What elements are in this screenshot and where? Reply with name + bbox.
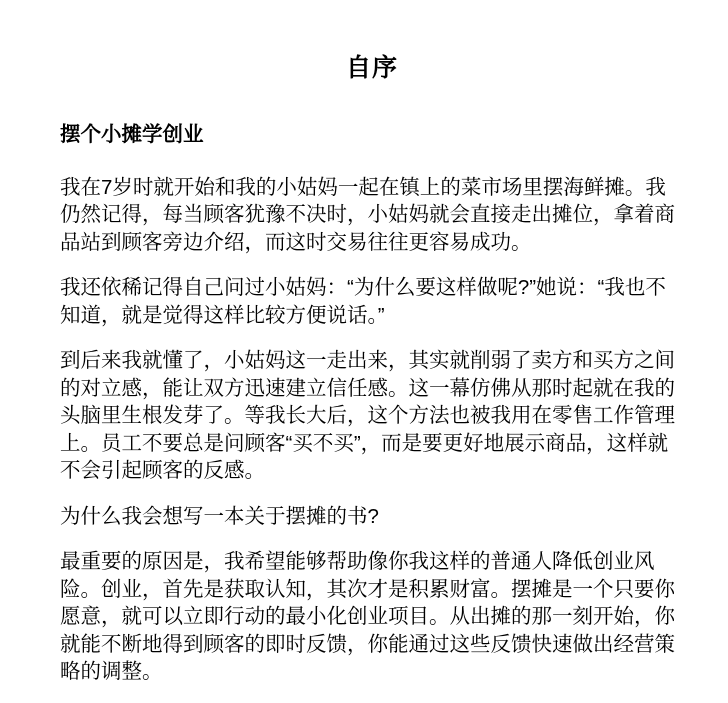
paragraph-1: 我在7岁时就开始和我的小姑妈一起在镇上的菜市场里摆海鲜摊。我仍然记得，每当顾客犹… bbox=[60, 174, 684, 257]
paragraph-3: 到后来我就懂了，小姑妈这一走出来，其实就削弱了卖方和买方之间的对立感，能让双方迅… bbox=[60, 347, 684, 485]
paragraph-4: 为什么我会想写一本关于摆摊的书? bbox=[60, 503, 684, 531]
paragraph-2: 我还依稀记得自己问过小姑妈：“为什么要这样做呢?”她说：“我也不知道，就是觉得这… bbox=[60, 274, 684, 329]
chapter-title: 自序 bbox=[60, 52, 684, 85]
book-page: 自序 摆个小摊学创业 我在7岁时就开始和我的小姑妈一起在镇上的菜市场里摆海鲜摊。… bbox=[0, 0, 728, 703]
section-heading: 摆个小摊学创业 bbox=[60, 121, 684, 149]
paragraph-5: 最重要的原因是，我希望能够帮助像你我这样的普通人降低创业风险。创业，首先是获取认… bbox=[60, 548, 684, 686]
